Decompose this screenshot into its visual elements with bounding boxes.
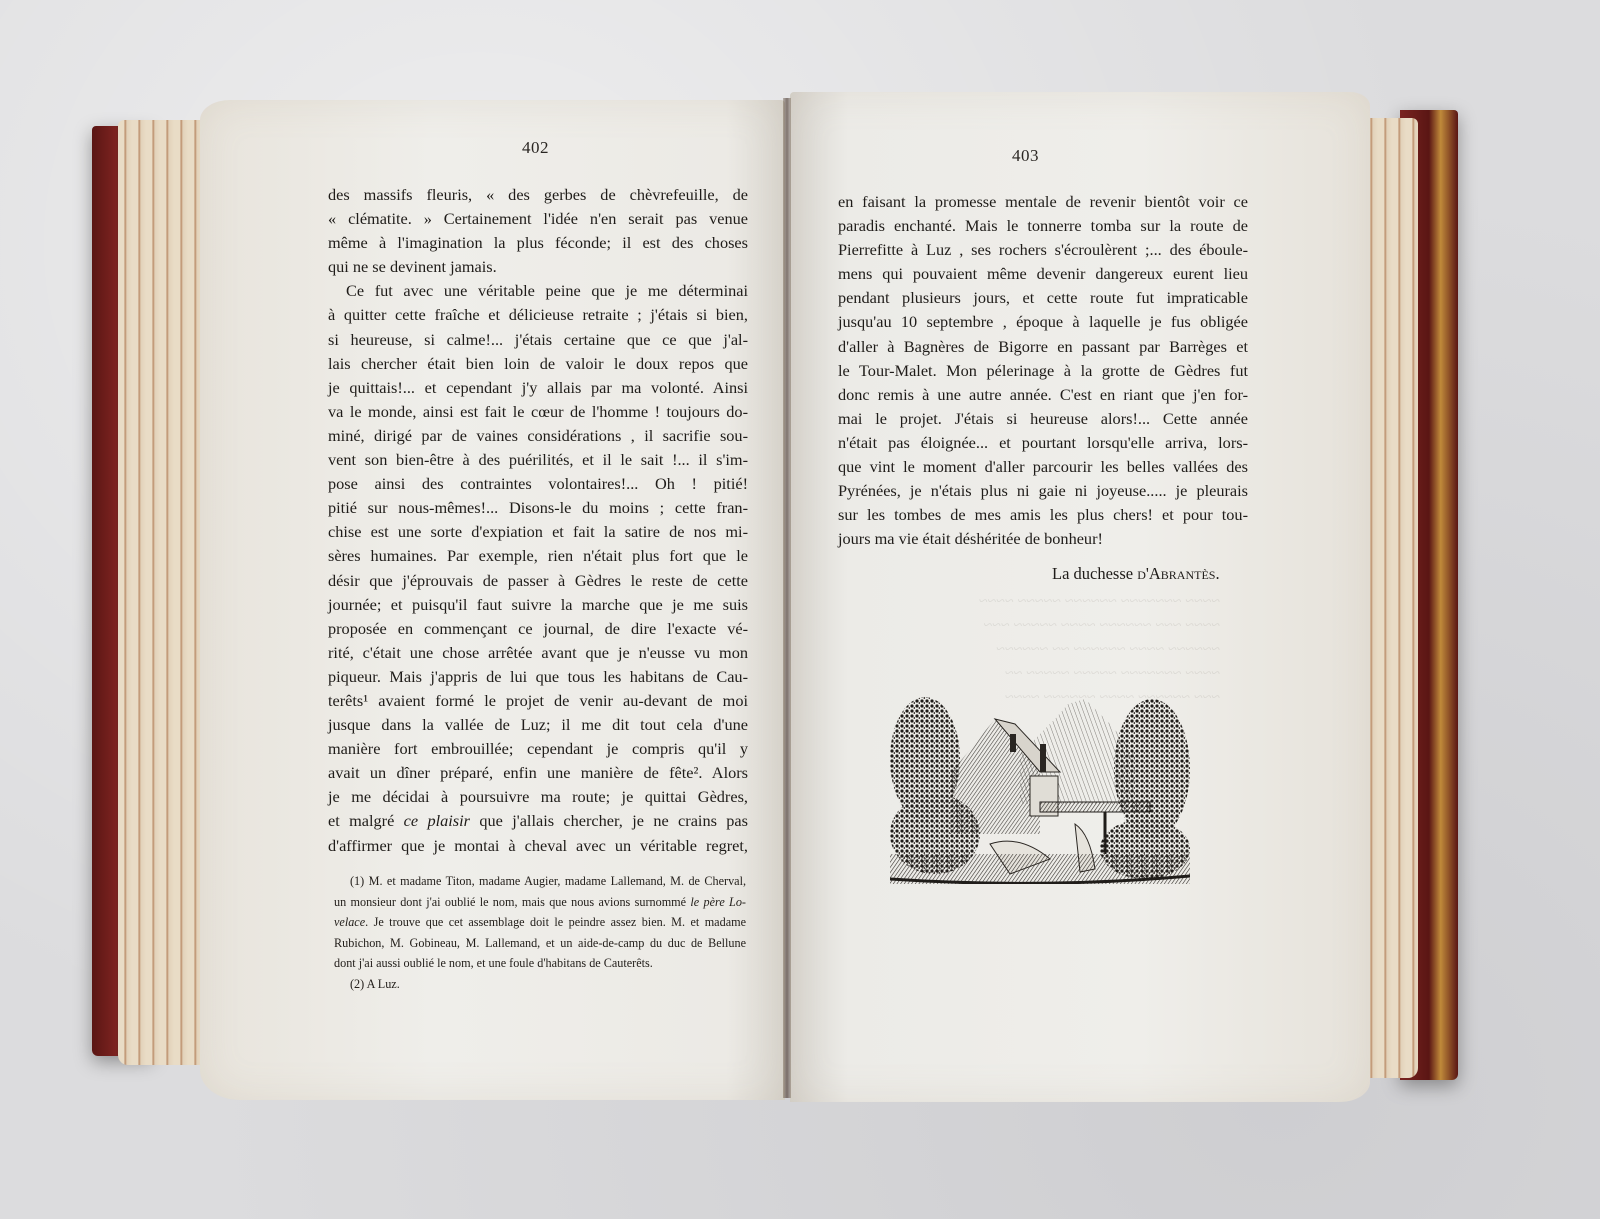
text-fragment: et malgré [328,811,404,830]
text-line: je quittais!... et cependant j'y allais … [328,376,748,400]
text-line: journée; et puisqu'il faut suivre la mar… [328,593,748,617]
text-line: qui ne se devinent jamais. [328,255,748,279]
footnote-line: (1) M. et madame Titon, madame Augier, m… [334,871,746,892]
footnote-line: velace. Je trouve que cet assemblage doi… [334,912,746,933]
page-number-right: 403 [1012,146,1039,166]
footnote-line: dont j'ai aussi oublié le nom, et une fo… [334,953,746,974]
book-gutter [783,98,791,1098]
text-line: sères humaines. Par exemple, rien n'étai… [328,544,748,568]
text-line: n'était pas éloignée... et pourtant lors… [838,431,1248,455]
text-line: avait un dîner préparé, enfin une manièr… [328,761,748,785]
text-line: en faisant la promesse mentale de reveni… [838,190,1248,214]
text-line: manière fort embrouillée; cependant je c… [328,737,748,761]
text-line: jusqu'au 10 septembre , époque à laquell… [838,310,1248,334]
footnote-line: un monsieur dont j'ai oublié le nom, mai… [334,892,746,913]
text-fragment: . Je trouve que cet assemblage doit le p… [365,915,746,929]
footnote-line: Rubichon, M. Gobineau, M. Lallemand, et … [334,933,746,954]
italic-phrase: le père Lo- [690,895,746,909]
text-line: d'affirmer que je montai à cheval avec u… [328,834,748,858]
text-line: pendant plusieurs jours, et cette route … [838,286,1248,310]
footnotes: (1) M. et madame Titon, madame Augier, m… [334,871,746,994]
text-line: miné, dirigé par de vaines considération… [328,424,748,448]
text-line: et malgré ce plaisir que j'allais cherch… [328,809,748,833]
text-line: pitié sur nous-mêmes!... Disons-le du mo… [328,496,748,520]
text-fragment: que j'allais chercher, je ne crains pas [470,811,748,830]
text-line: mai le projet. J'étais si heureuse alors… [838,407,1248,431]
page-number-left: 402 [522,138,549,158]
text-line: Pierrefitte à Luz , ses rochers s'écroul… [838,238,1248,262]
signature-name: d'Abrantès. [1137,564,1219,583]
right-page-body: en faisant la promesse mentale de reveni… [838,190,1248,551]
text-line: proposée en commençant ce journal, de di… [328,617,748,641]
mill-engraving-illustration [890,684,1190,884]
author-signature: La duchesse d'Abrantès. [1052,564,1220,584]
text-fragment: un monsieur dont j'ai oublié le nom, mai… [334,895,690,909]
left-page-body: des massifs fleuris, « des gerbes de chè… [328,183,748,858]
text-line: « clématite. » Certainement l'idée n'en … [328,207,748,231]
text-line: que vint le moment d'aller parcourir les… [838,455,1248,479]
text-line: le Tour-Malet. Mon pélerinage à la grott… [838,359,1248,383]
italic-phrase: velace [334,915,365,929]
text-line: même à l'imagination la plus féconde; il… [328,231,748,255]
text-line: terêts¹ avaient formé le projet de venir… [328,689,748,713]
text-line: piqueur. Mais j'appris de lui que tous l… [328,665,748,689]
signature-prefix: La duchesse [1052,564,1137,583]
text-line: paradis enchanté. Mais le tonnerre tomba… [838,214,1248,238]
italic-phrase: ce plaisir [404,811,470,830]
text-line: sur les tombes de mes amis les plus cher… [838,503,1248,527]
text-line: à quitter cette fraîche et délicieuse re… [328,303,748,327]
text-line: Pyrénées, je n'étais plus ni gaie ni joy… [838,479,1248,503]
text-line: mens qui pouvaient même devenir dangereu… [838,262,1248,286]
text-line: va le monde, ainsi est fait le cœur de l… [328,400,748,424]
text-line: lais chercher était bien loin de valoir … [328,352,748,376]
text-line: Ce fut avec une véritable peine que je m… [328,279,748,303]
tree-right [1114,699,1190,839]
text-line: je me décidai à poursuivre ma route; je … [328,785,748,809]
text-line: chise est une sorte d'expiation et fait … [328,520,748,544]
text-line: jusque dans la vallée de Luz; il me dit … [328,713,748,737]
footnote-line: (2) A Luz. [334,974,746,995]
text-line: vent son bien-être à des puérilités, et … [328,448,748,472]
text-line: si heureuse, si calme!... j'étais certai… [328,328,748,352]
text-line: pose ainsi des contraintes volontaires!.… [328,472,748,496]
text-line: jours ma vie était déshéritée de bonheur… [838,527,1248,551]
text-line: donc remis à une autre année. C'est en r… [838,383,1248,407]
text-line: d'aller à Bagnères de Bigorre en passant… [838,335,1248,359]
text-line: rité, c'était une chose arrêtée avant qu… [328,641,748,665]
text-line: des massifs fleuris, « des gerbes de chè… [328,183,748,207]
text-line: désir que j'éprouvais de passer à Gèdres… [328,569,748,593]
